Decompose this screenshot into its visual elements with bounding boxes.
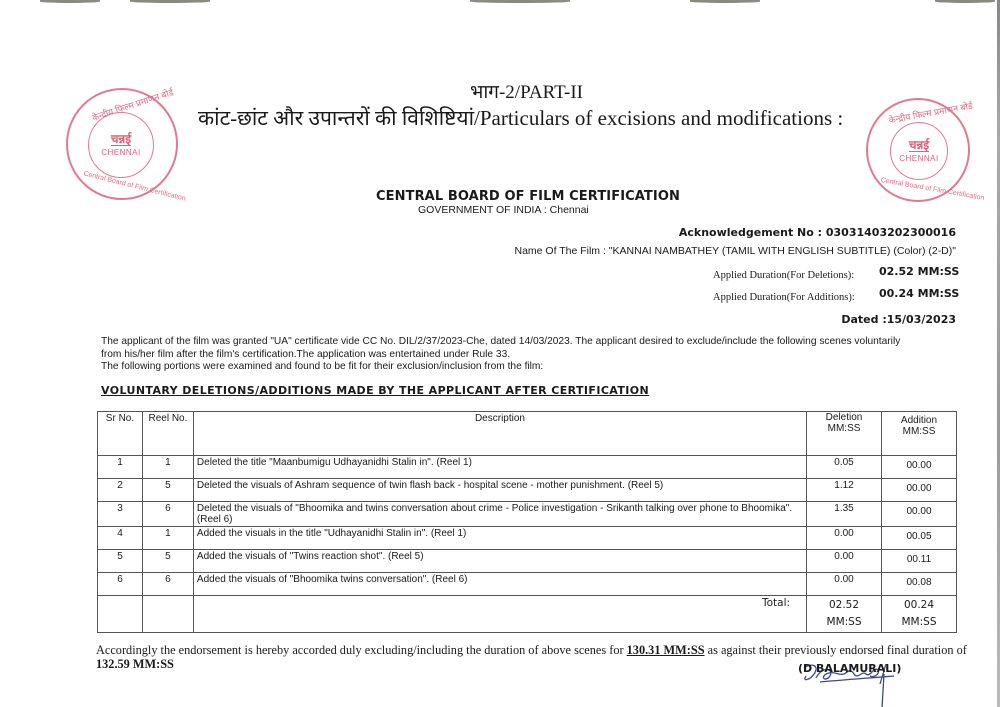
scan-shadow <box>470 0 570 3</box>
acknowledgement-number: Acknowledgement No : 03031403202300016 <box>679 226 956 239</box>
scan-shadow <box>40 0 100 3</box>
cell-sr: 5 <box>98 550 143 573</box>
film-name: Name Of The Film : "KANNAI NAMBATHEY (TA… <box>514 245 956 257</box>
previous-duration: 132.59 MM:SS <box>96 657 174 671</box>
cell-deletion: 0.00 <box>807 573 882 596</box>
cell-reel: 5 <box>142 479 193 502</box>
cell-addition: 00.00 <box>882 502 957 527</box>
cell-reel: 6 <box>142 573 193 596</box>
duration-value: 02.52 MM:SS <box>879 265 959 278</box>
part-label: भाग-2/PART-II <box>470 78 583 104</box>
seal-city: CHENNAI <box>899 154 939 163</box>
applied-duration-additions: Applied Duration(For Additions): 00.24 M… <box>713 287 973 305</box>
header-reel: Reel No. <box>142 412 193 456</box>
applied-duration-deletions: Applied Duration(For Deletions): 02.52 M… <box>713 265 973 283</box>
paragraph-line: The applicant of the film was granted "U… <box>101 336 961 349</box>
paragraph-line: The following portions were examined and… <box>101 361 961 374</box>
table-row: 41Added the visuals in the title "Udhaya… <box>98 527 957 550</box>
official-seal-left: केन्द्रीय फिल्म प्रमाणन बोर्ड चन्नई CHEN… <box>66 88 178 200</box>
table-total-row: Total: 02.52 MM:SS 00.24 MM:SS <box>98 596 957 633</box>
cell-addition: 00.08 <box>882 573 957 596</box>
table-header-row: Sr No. Reel No. Description Deletion MM:… <box>98 412 957 456</box>
paragraph-line: from his/her film after the film's certi… <box>101 349 961 362</box>
total-deletion: 02.52 MM:SS <box>807 596 882 633</box>
total-empty <box>142 596 193 633</box>
table-heading: VOLUNTARY DELETIONS/ADDITIONS MADE BY TH… <box>101 384 649 397</box>
header-deletion: Deletion MM:SS <box>807 412 882 456</box>
duration-label: Applied Duration(For Additions): <box>713 292 855 303</box>
government-line: GOVERNMENT OF INDIA : Chennai <box>418 204 589 216</box>
seal-city: CHENNAI <box>101 148 141 157</box>
cell-description: Added the visuals of "Bhoomika twins con… <box>193 573 806 596</box>
table-row: 66Added the visuals of "Bhoomika twins c… <box>98 573 957 596</box>
cell-addition: 00.05 <box>882 527 957 550</box>
cell-reel: 6 <box>142 502 193 527</box>
cell-deletion: 0.05 <box>807 456 882 479</box>
cell-sr: 6 <box>98 573 143 596</box>
scan-shadow <box>690 0 760 3</box>
total-empty <box>98 596 143 633</box>
cell-deletion: 0.00 <box>807 550 882 573</box>
table-row: 11Deleted the title "Maanbumigu Udhayani… <box>98 456 957 479</box>
header-addition: Addition MM:SS <box>882 412 957 456</box>
cell-sr: 2 <box>98 479 143 502</box>
seal-inner: चन्नई CHENNAI <box>890 122 948 180</box>
seal-ring-bottom: Central Board of Film Certification <box>83 170 187 202</box>
cell-sr: 3 <box>98 502 143 527</box>
scan-shadow <box>935 0 995 3</box>
table-row: 55Added the visuals of "Twins reaction s… <box>98 550 957 573</box>
cell-deletion: 1.35 <box>807 502 882 527</box>
seal-ring-top: केन्द्रीय फिल्म प्रमाणन बोर्ड <box>888 99 974 127</box>
seal-inner: चन्नई CHENNAI <box>88 112 154 178</box>
endorsement-part1: Accordingly the endorsement is hereby ac… <box>96 643 627 657</box>
cell-reel: 5 <box>142 550 193 573</box>
cell-sr: 4 <box>98 527 143 550</box>
total-deletion-unit: MM:SS <box>810 614 878 631</box>
particulars-title: कांट-छांट और उपान्तरों की विशिष्टियां/Pa… <box>198 104 843 132</box>
date: Dated :15/03/2023 <box>841 313 956 326</box>
cell-reel: 1 <box>142 527 193 550</box>
cell-description: Added the visuals in the title "Udhayani… <box>193 527 806 550</box>
cell-deletion: 1.12 <box>807 479 882 502</box>
cell-addition: 00.00 <box>882 456 957 479</box>
header-description: Description <box>193 412 806 456</box>
duration-label: Applied Duration(For Deletions): <box>713 270 854 281</box>
seal-ring-bottom: Central Board of Film Certification <box>880 177 985 202</box>
seal-hindi-city: चन्नई <box>909 139 929 152</box>
cell-addition: 00.11 <box>882 550 957 573</box>
cell-description: Deleted the visuals of Ashram sequence o… <box>193 479 806 502</box>
cell-reel: 1 <box>142 456 193 479</box>
total-addition-unit: MM:SS <box>885 614 953 631</box>
table-row: 25Deleted the visuals of Ashram sequence… <box>98 479 957 502</box>
certificate-paragraph: The applicant of the film was granted "U… <box>101 336 961 374</box>
cell-addition: 00.00 <box>882 479 957 502</box>
scan-shadow <box>130 0 210 3</box>
total-addition-value: 00.24 <box>885 597 953 614</box>
total-label: Total: <box>193 596 806 633</box>
cell-description: Deleted the title "Maanbumigu Udhayanidh… <box>193 456 806 479</box>
table-row: 36Deleted the visuals of "Bhoomika and t… <box>98 502 957 527</box>
seal-hindi-city: चन्नई <box>111 133 131 146</box>
new-duration: 130.31 MM:SS <box>627 643 705 657</box>
endorsement-part2: as against their previously endorsed fin… <box>705 643 967 657</box>
cell-sr: 1 <box>98 456 143 479</box>
cell-deletion: 0.00 <box>807 527 882 550</box>
cell-description: Deleted the visuals of "Bhoomika and twi… <box>193 502 806 527</box>
header-sr: Sr No. <box>98 412 143 456</box>
official-seal-right: केन्द्रीय फिल्म प्रमाणन बोर्ड चन्नई CHEN… <box>866 98 970 202</box>
excisions-table: Sr No. Reel No. Description Deletion MM:… <box>97 411 957 633</box>
cell-description: Added the visuals of "Twins reaction sho… <box>193 550 806 573</box>
total-addition: 00.24 MM:SS <box>882 596 957 633</box>
total-deletion-value: 02.52 <box>810 597 878 614</box>
duration-value: 00.24 MM:SS <box>879 287 959 300</box>
signatory-name: (D BALAMURALI) <box>798 662 901 675</box>
organization-name: CENTRAL BOARD OF FILM CERTIFICATION <box>376 189 680 204</box>
